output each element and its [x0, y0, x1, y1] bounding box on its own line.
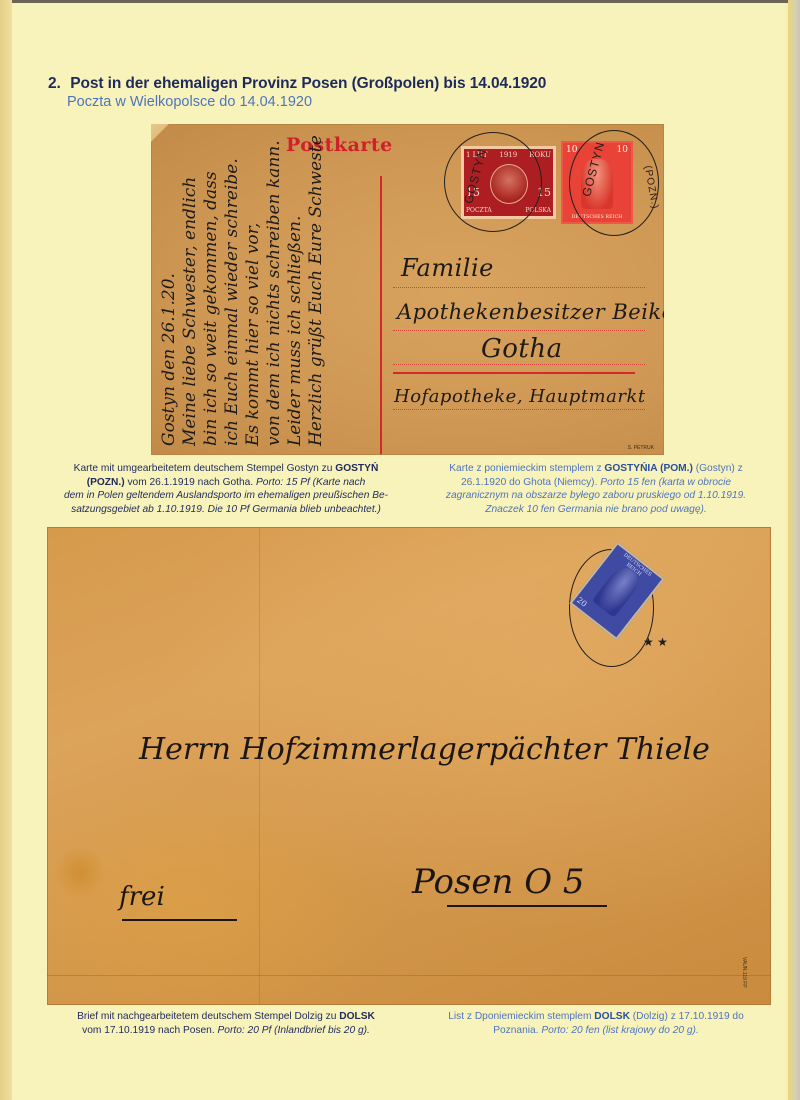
message-line: Leider muss ich schließen. [285, 134, 306, 446]
caption-bold: DOLSK [594, 1011, 630, 1022]
caption-italic: Porto 15 fen (karta w obrocie [600, 477, 731, 488]
caption-bold: GOSTYŃ [335, 463, 378, 474]
page-title: 2. Post in der ehemaligen Provinz Posen … [48, 75, 546, 93]
page-binding-edge [0, 0, 12, 1100]
postcard-image: Postkarte Gostyn den 26.1.20. Meine lieb… [151, 124, 664, 455]
printer-imprint: VAUN.119 FP [741, 957, 747, 988]
envelope-stain [55, 845, 105, 900]
caption-text: List z Dponiemieckim stemplem [448, 1011, 594, 1022]
message-line: Meine liebe Schwester, endlich [180, 134, 201, 446]
message-line: Es kommt hier so viel vor, [243, 134, 264, 446]
message-line: von dem ich nichts schreiben kann. [264, 134, 285, 446]
address-line: Gotha [481, 334, 563, 364]
caption-italic: Porto: 20 fen (list krajowy do 20 g). [541, 1025, 698, 1036]
caption-text: Karte mit umgearbeitetem deutschem Stemp… [74, 463, 336, 474]
caption-envelope-polish: List z Dponiemieckim stemplem DOLSK (Dol… [414, 1010, 778, 1037]
address-line: Hofapotheke, Hauptmarkt [394, 386, 646, 407]
caption-text: Brief mit nachgearbeitetem deutschem Ste… [77, 1011, 339, 1022]
caption-bold: (POZN.) [87, 477, 125, 488]
caption-text: Karte z poniemieckim stemplem z [449, 463, 604, 474]
caption-bold: DOLSK [339, 1011, 375, 1022]
caption-italic: dem in Polen geltendem Auslandsporto im … [64, 490, 388, 501]
title-german: Post in der ehemaligen Provinz Posen (Gr… [70, 75, 546, 92]
address-rule [393, 409, 645, 410]
envelope-fold [47, 975, 771, 976]
postmark-circle [444, 132, 542, 232]
postcard-message: Gostyn den 26.1.20. Meine liebe Schweste… [159, 134, 381, 454]
address-rule [393, 287, 645, 288]
printer-imprint: S. PETRUK [628, 445, 654, 451]
caption-text: Poznania. [493, 1025, 541, 1036]
caption-italic: zagranicznym na obszarze byłego zaboru p… [446, 490, 746, 501]
envelope-image: DEUTSCHES REICH 20 ★ ★ Herrn Hofzimmerla… [47, 527, 771, 1005]
envelope-address-line: Posen O 5 [412, 862, 585, 902]
message-line: Gostyn den 26.1.20. [159, 134, 180, 446]
address-line: Apothekenbesitzer Beike [397, 300, 664, 324]
stamp-value: 20 [575, 595, 589, 608]
postmark-stars: ★ ★ [643, 635, 668, 649]
address-rule [393, 364, 645, 365]
envelope-note-underline [122, 919, 237, 921]
caption-italic: Znaczek 10 fen Germania nie brano pod uw… [485, 504, 706, 515]
caption-postcard-german: Karte mit umgearbeitetem deutschem Stemp… [46, 462, 406, 516]
message-line: ich Euch einmal wieder schreibe. [222, 134, 243, 446]
address-rule [393, 330, 645, 331]
message-line: Herzlich grüßt Euch Eure Schwester [306, 134, 327, 446]
envelope-address-line: Herrn Hofzimmerlagerpächter Thiele [139, 732, 710, 767]
caption-text: vom 26.1.1919 nach Gotha. [125, 477, 256, 488]
caption-postcard-polish: Karte z poniemieckim stemplem z GOSTYŃIA… [414, 462, 778, 516]
page-right-edge [788, 0, 800, 1100]
caption-envelope-german: Brief mit nachgearbeitetem deutschem Ste… [46, 1010, 406, 1037]
address-city-underline [393, 372, 635, 374]
section-number: 2. [48, 75, 66, 93]
caption-text: (Dolzig) z 17.10.1919 do [630, 1011, 744, 1022]
message-line: bin ich so weit gekommen, dass [201, 134, 222, 446]
caption-italic: Porto: 15 Pf (Karte nach [256, 477, 365, 488]
page-subtitle-polish: Poczta w Wielkopolsce do 14.04.1920 [67, 94, 312, 110]
envelope-city-underline [447, 905, 607, 907]
caption-text: (Gostyn) z [693, 463, 743, 474]
envelope-note: frei [119, 882, 165, 912]
caption-text: vom 17.10.1919 nach Posen. [82, 1025, 217, 1036]
caption-text: 26.1.1920 do Ghota (Niemcy). [461, 477, 600, 488]
address-line: Familie [401, 254, 494, 282]
caption-bold: GOSTYŃIA (POM.) [604, 463, 692, 474]
caption-italic: satzungsgebiet ab 1.10.1919. Die 10 Pf G… [71, 504, 381, 515]
caption-italic: Porto: 20 Pf (Inlandbrief bis 20 g). [218, 1025, 370, 1036]
